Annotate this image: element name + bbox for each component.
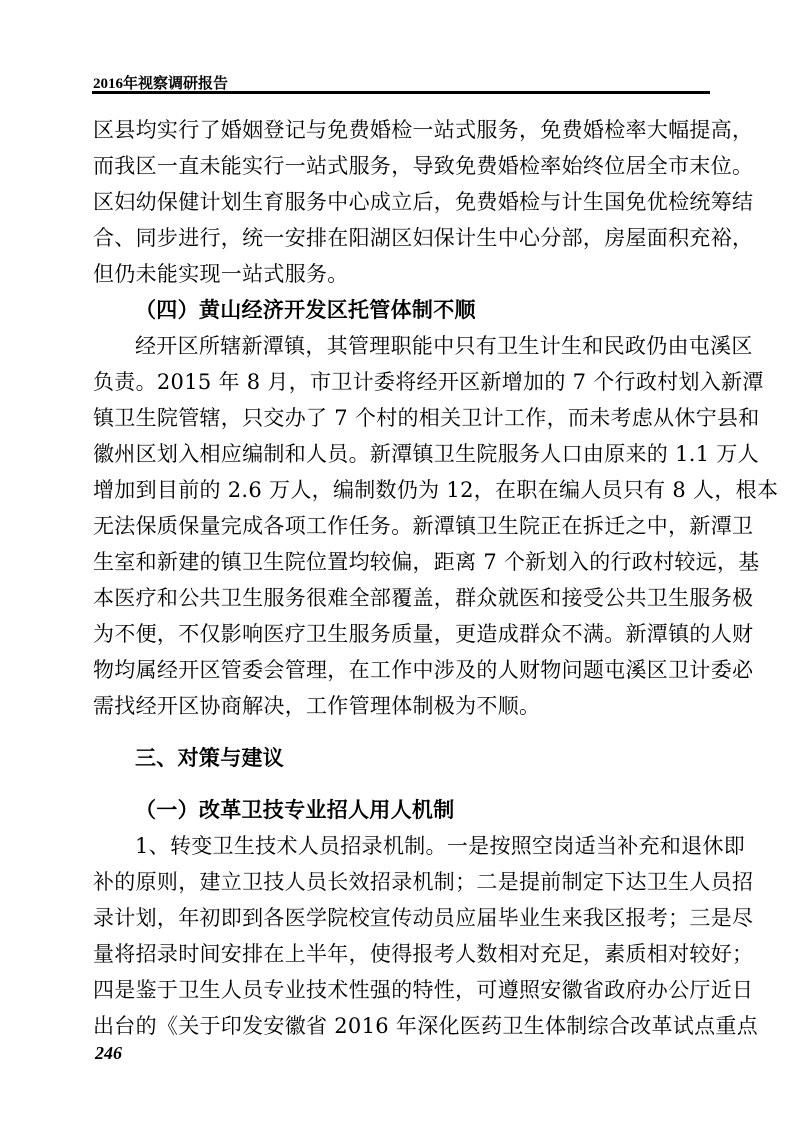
section-heading-three: 三、对策与建议 [93,740,709,776]
subheading-four: （四）黄山经济开发区托管体制不顺 [93,292,709,328]
text-line: 为不便，不仅影响医疗卫生服务质量，更造成群众不满。新潭镇的人财 [93,616,709,652]
text-line: 无法保质保量完成各项工作任务。新潭镇卫生院正在拆迁之中，新潭卫 [93,508,709,544]
spacer [93,776,709,792]
text-line: 物均属经开区管委会管理，在工作中涉及的人财物问题屯溪区卫计委必 [93,652,709,688]
text-line: 合、同步进行，统一安排在阳湖区妇保计生中心分部，房屋面积充裕， [93,220,709,256]
text-line: 量将招录时间安排在上半年，使得报考人数相对充足，素质相对较好； [93,936,709,972]
page-number: 246 [95,1043,122,1064]
text-line: 1、转变卫生技术人员招录机制。一是按照空岗适当补充和退休即 [93,828,709,864]
text-line: 增加到目前的 2.6 万人，编制数仍为 12，在职在编人员只有 8 人，根本 [93,472,709,508]
paragraph-continuation: 区县均实行了婚姻登记与免费婚检一站式服务，免费婚检率大幅提高， 而我区一直未能实… [93,112,709,292]
spacer [93,724,709,740]
text-line: 而我区一直未能实行一站式服务，导致免费婚检率始终位居全市末位。 [93,148,709,184]
text-line: 镇卫生院管辖，只交办了 7 个村的相关卫计工作，而未考虑从休宁县和 [93,400,709,436]
text-line: 生室和新建的镇卫生院位置均较偏，距离 7 个新划入的行政村较远，基 [93,544,709,580]
text-line: 徽州区划入相应编制和人员。新潭镇卫生院服务人口由原来的 1.1 万人 [93,436,709,472]
text-line: 本医疗和公共卫生服务很难全部覆盖，群众就医和接受公共卫生服务极 [93,580,709,616]
text-line: 区妇幼保健计划生育服务中心成立后，免费婚检与计生国免优检统筹结 [93,184,709,220]
text-line: 补的原则，建立卫技人员长效招录机制；二是提前制定下达卫生人员招 [93,864,709,900]
text-line: 区县均实行了婚姻登记与免费婚检一站式服务，免费婚检率大幅提高， [93,112,709,148]
subheading-one: （一）改革卫技专业招人用人机制 [93,792,709,828]
text-line: 需找经开区协商解决，工作管理体制极为不顺。 [93,688,709,724]
text-line: 但仍未能实现一站式服务。 [93,256,709,292]
header-rule [92,91,710,94]
body-text: 区县均实行了婚姻登记与免费婚检一站式服务，免费婚检率大幅提高， 而我区一直未能实… [93,112,709,1044]
text-line: 四是鉴于卫生人员专业技术性强的特性，可遵照安徽省政府办公厅近日 [93,972,709,1008]
text-line: 负责。2015 年 8 月，市卫计委将经开区新增加的 7 个行政村划入新潭 [93,364,709,400]
text-line: 出台的《关于印发安徽省 2016 年深化医药卫生体制综合改革试点重点 [93,1008,709,1044]
paragraph-recruitment: 1、转变卫生技术人员招录机制。一是按照空岗适当补充和退休即 补的原则，建立卫技人… [93,828,709,1044]
running-head: 2016年视察调研报告 [93,72,228,93]
text-line: 经开区所辖新潭镇，其管理职能中只有卫生计生和民政仍由屯溪区 [93,328,709,364]
text-line: 录计划，年初即到各医学院校宣传动员应届毕业生来我区报考；三是尽 [93,900,709,936]
paragraph-huangshan: 经开区所辖新潭镇，其管理职能中只有卫生计生和民政仍由屯溪区 负责。2015 年 … [93,328,709,724]
